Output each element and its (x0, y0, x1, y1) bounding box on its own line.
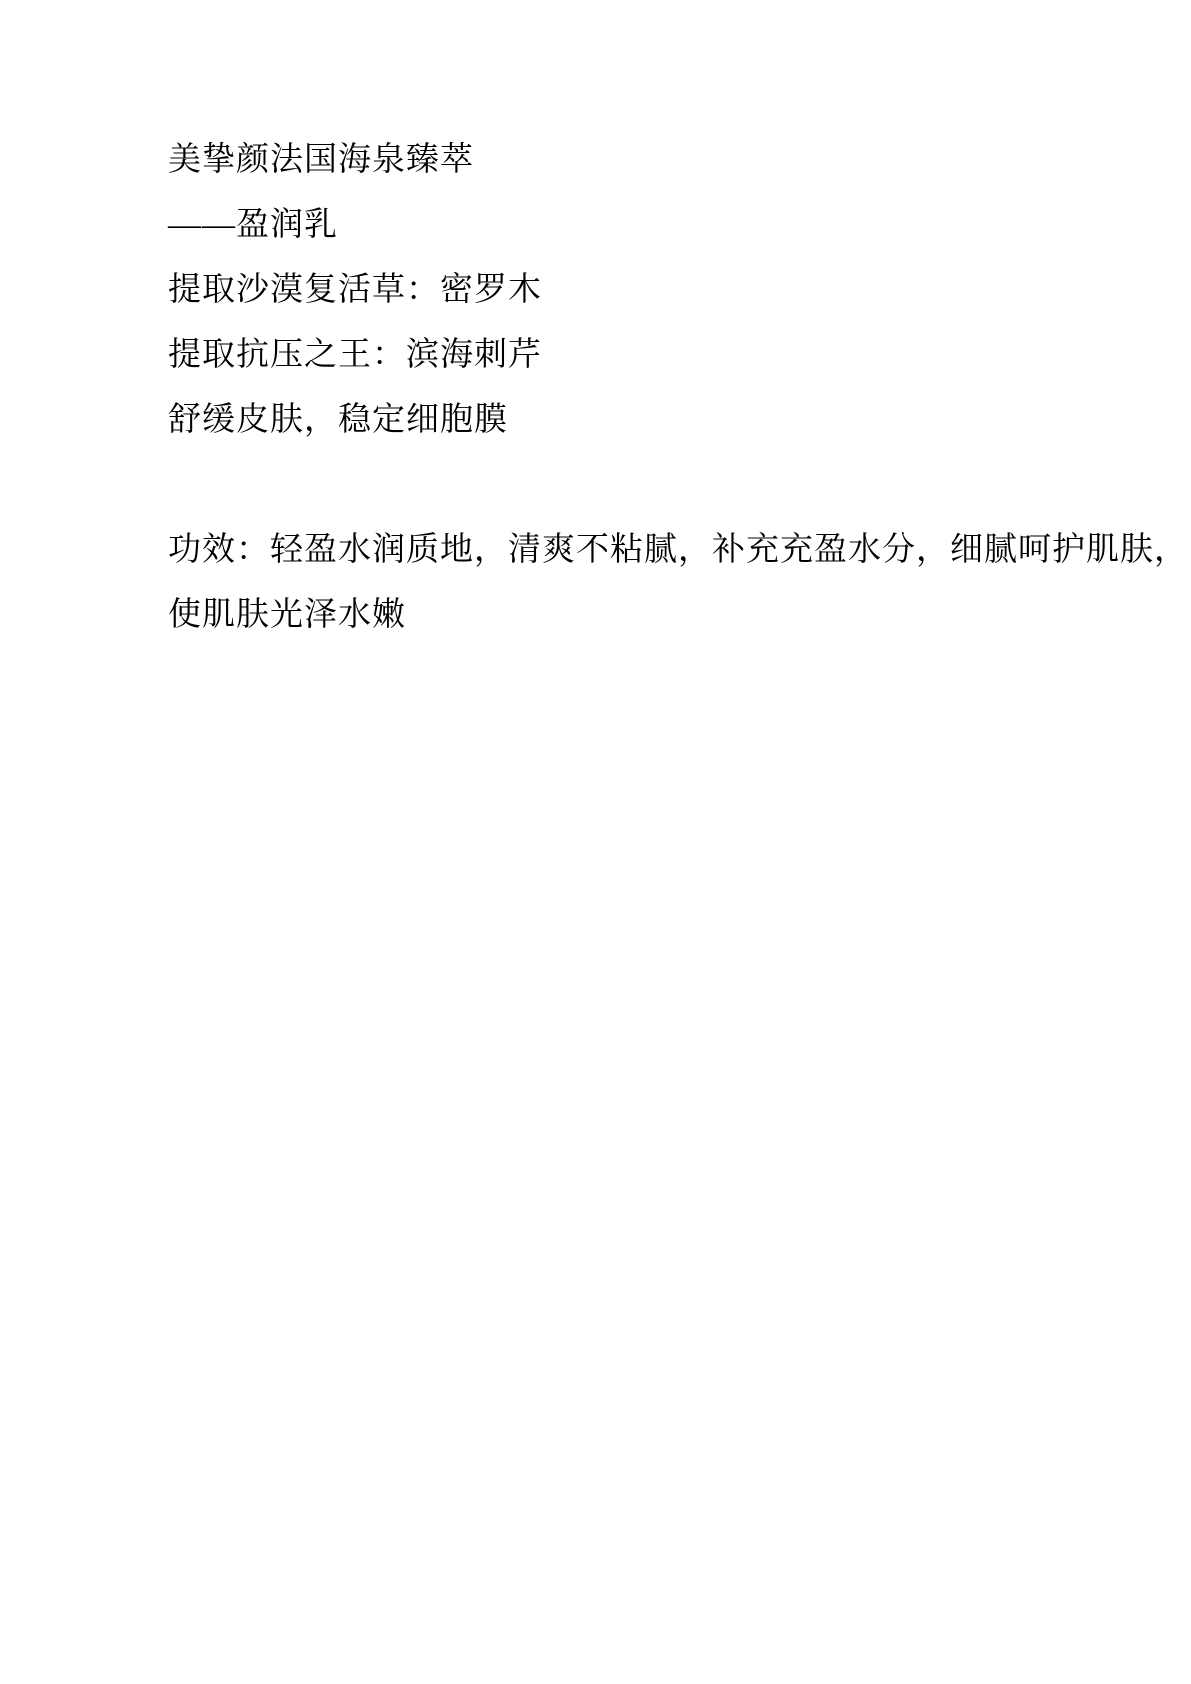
soothing-line: 舒缓皮肤，稳定细胞膜 (168, 388, 958, 453)
ingredient-line-1: 提取沙漠复活草：密罗木 (168, 258, 958, 323)
subtitle-line: ——盈润乳 (168, 193, 958, 258)
document-body: 美挚颜法国海泉臻萃 ——盈润乳 提取沙漠复活草：密罗木 提取抗压之王：滨海刺芹 … (168, 128, 958, 648)
title-line: 美挚颜法国海泉臻萃 (168, 128, 958, 193)
document-page: 美挚颜法国海泉臻萃 ——盈润乳 提取沙漠复活草：密罗木 提取抗压之王：滨海刺芹 … (0, 0, 1191, 1684)
ingredient-line-2: 提取抗压之王：滨海刺芹 (168, 323, 958, 388)
efficacy-line-1: 功效：轻盈水润质地，清爽不粘腻，补充充盈水分，细腻呵护肌肤， (168, 518, 958, 583)
blank-line (168, 453, 958, 518)
efficacy-line-2: 使肌肤光泽水嫩 (168, 583, 958, 648)
